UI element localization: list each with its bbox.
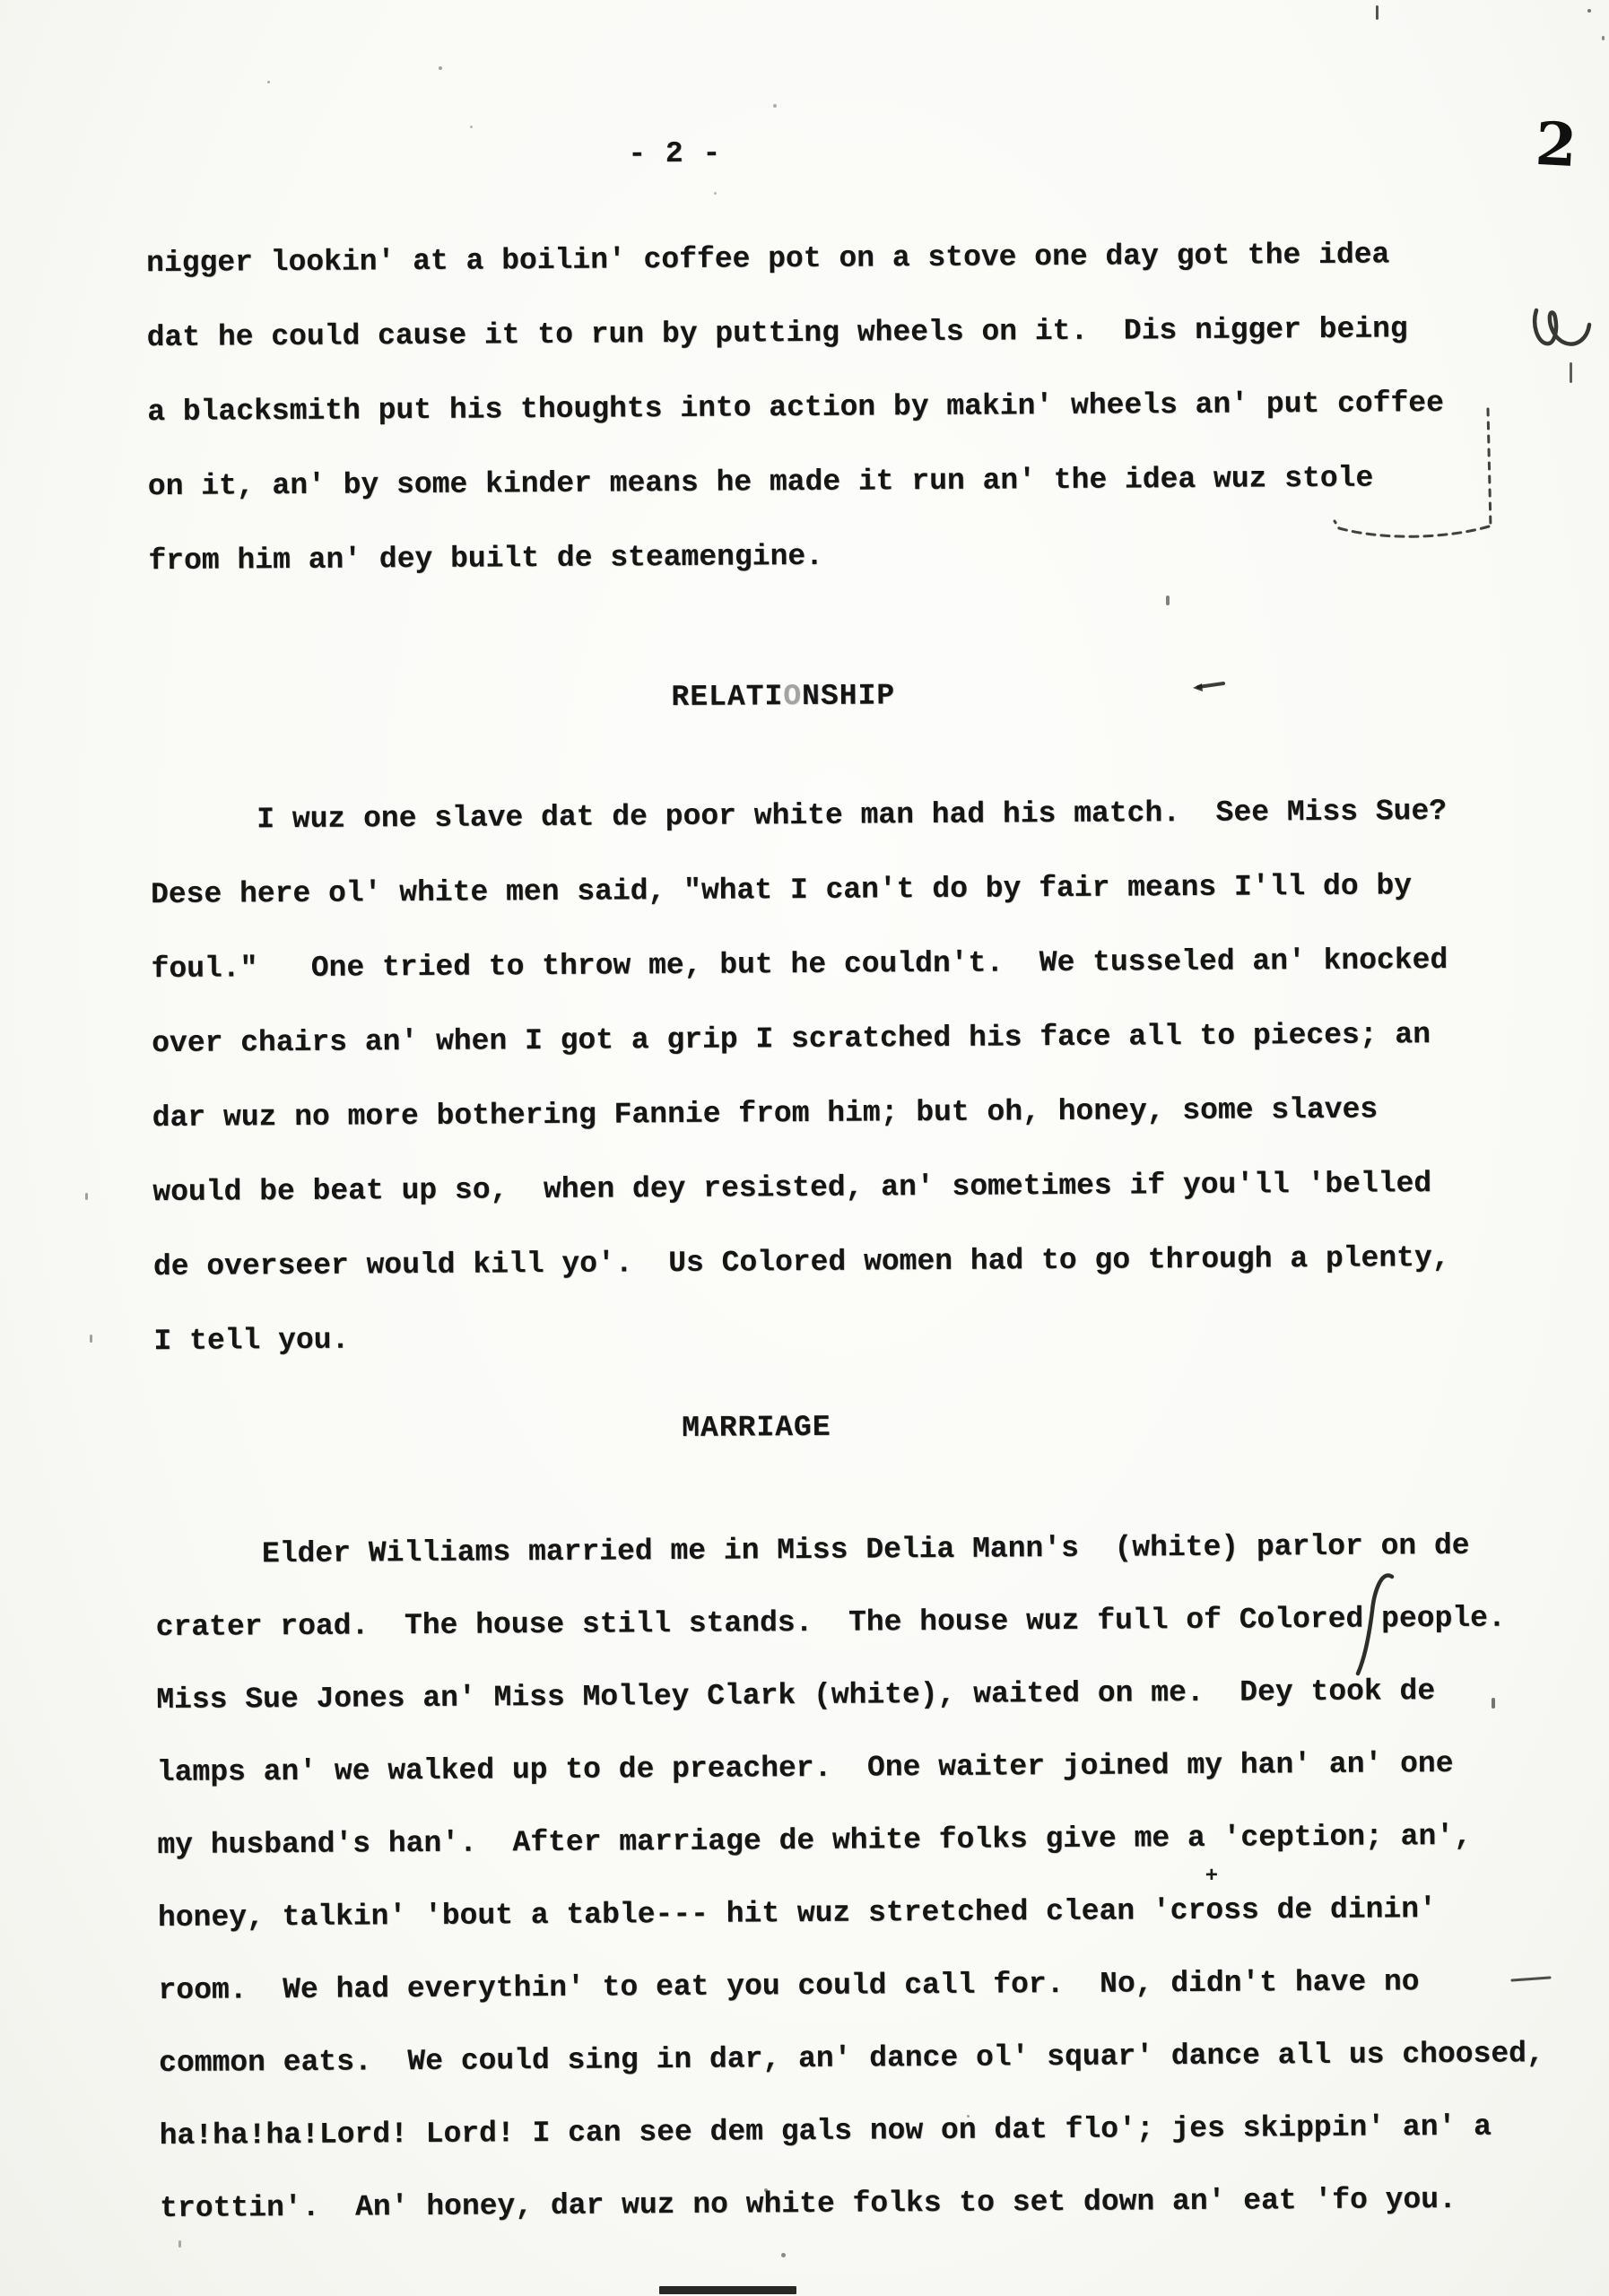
scan-artifact	[1570, 362, 1572, 383]
scan-artifact	[1492, 1698, 1495, 1709]
scan-artifact	[1166, 596, 1170, 605]
scan-artifact	[90, 1335, 92, 1343]
scan-artifact	[659, 2286, 796, 2294]
scan-artifact	[764, 2188, 768, 2192]
scan-artifact-layer	[0, 0, 1609, 2296]
scan-artifact	[773, 104, 777, 108]
scan-artifact	[1602, 36, 1605, 40]
scan-artifact	[1376, 5, 1379, 20]
scan-artifact	[714, 192, 717, 195]
scan-artifact	[439, 66, 442, 70]
scan-artifact	[85, 1193, 88, 1200]
scan-artifact	[1587, 9, 1591, 13]
scan-artifact	[470, 126, 473, 128]
scan-artifact	[967, 2115, 970, 2118]
scan-artifact	[267, 81, 270, 83]
scan-artifact	[781, 2253, 786, 2257]
scan-artifact	[178, 2240, 181, 2248]
scanned-document-page: - 2 - nigger lookin' at a boilin' coffee…	[0, 0, 1609, 2296]
